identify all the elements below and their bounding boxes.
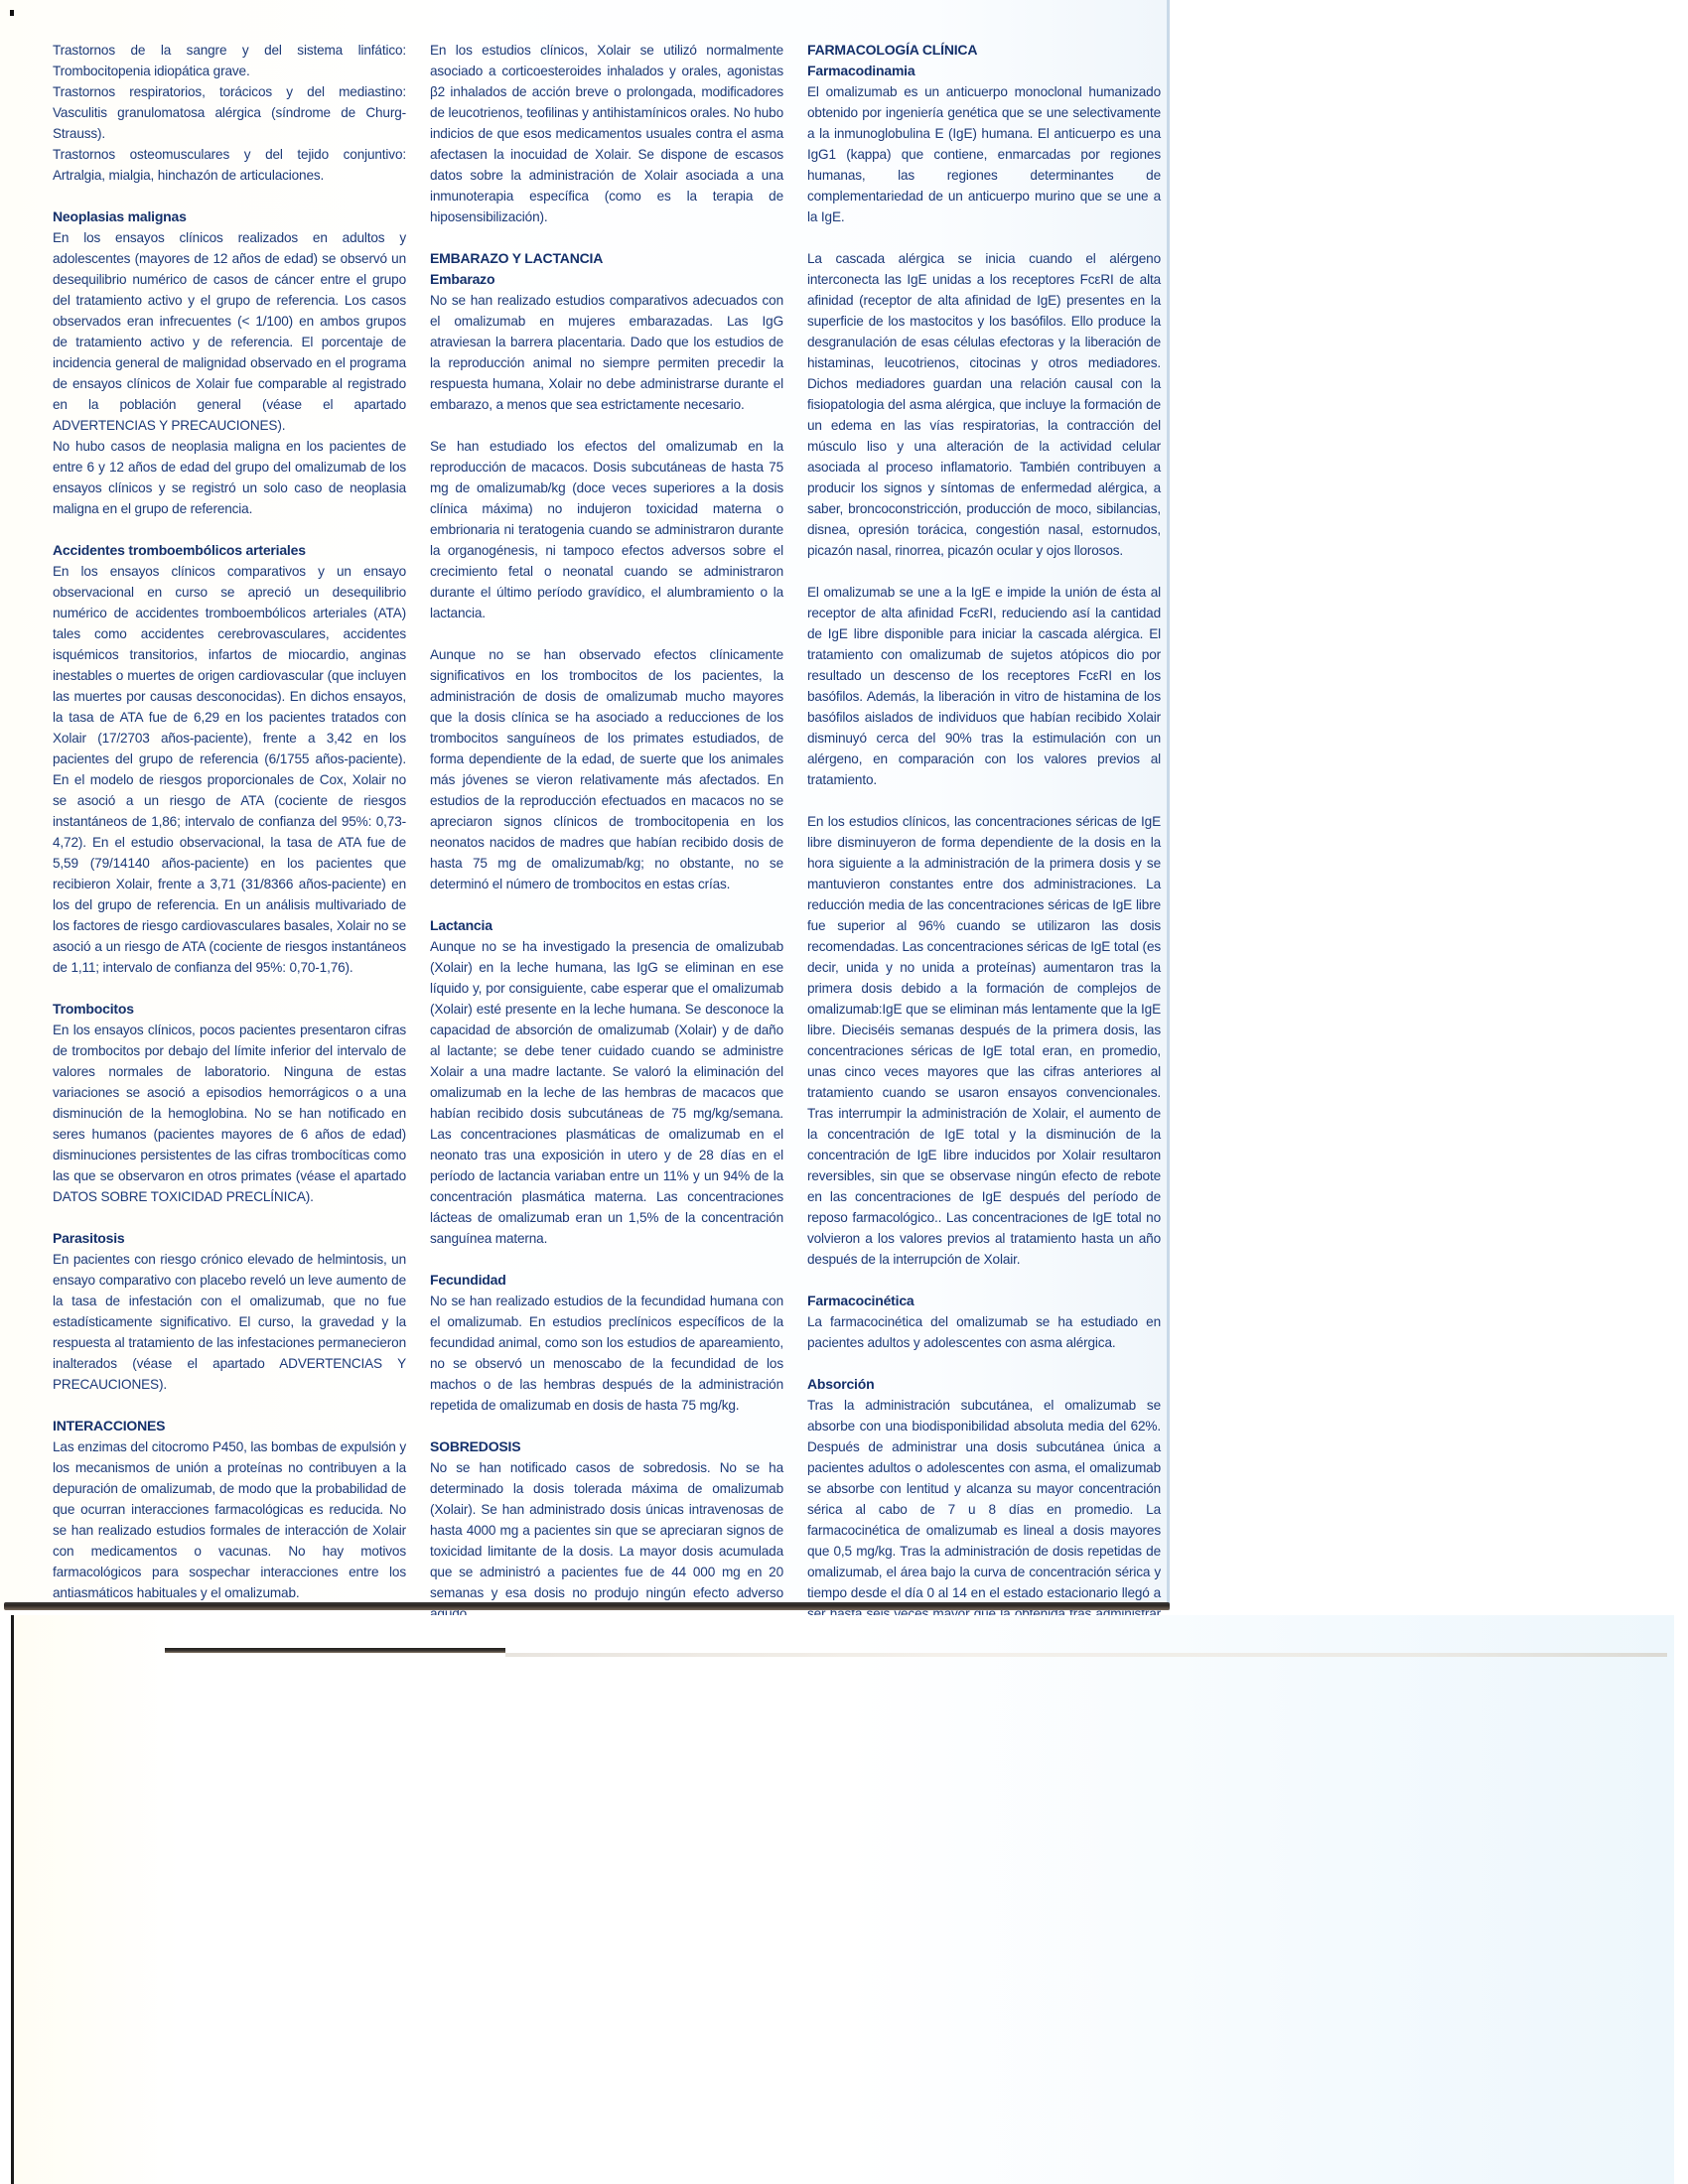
- body-paragraph: En los ensayos clínicos realizados en ad…: [53, 227, 406, 436]
- section-heading: FARMACOLOGÍA CLÍNICA: [807, 40, 1161, 61]
- text-column-3: FARMACOLOGÍA CLÍNICAFarmacodinamiaEl oma…: [807, 40, 1161, 1645]
- paragraph-spacer: [53, 978, 406, 999]
- subsection-heading: Parasitosis: [53, 1228, 406, 1249]
- subsection-heading: Trombocitos: [53, 999, 406, 1020]
- subsection-heading: Embarazo: [430, 269, 783, 290]
- body-paragraph: No se han realizado estudios de la fecun…: [430, 1291, 783, 1416]
- underlying-sheet-edge-dark: [165, 1648, 505, 1653]
- body-paragraph: No hubo casos de neoplasia maligna en lo…: [53, 436, 406, 519]
- body-paragraph: La cascada alérgica se inicia cuando el …: [807, 248, 1161, 561]
- paragraph-spacer: [807, 1270, 1161, 1291]
- body-paragraph: Trastornos osteomusculares y del tejido …: [53, 144, 406, 186]
- subsection-heading: Neoplasias malignas: [53, 206, 406, 227]
- body-paragraph: En los estudios clínicos, las concentrac…: [807, 811, 1161, 1270]
- paragraph-spacer: [807, 1353, 1161, 1374]
- section-heading: SOBREDOSIS: [430, 1436, 783, 1457]
- underlying-sheet-edge-light: [505, 1653, 1667, 1657]
- subsection-heading: Lactancia: [430, 915, 783, 936]
- body-paragraph: Aunque no se ha investigado la presencia…: [430, 936, 783, 1249]
- body-paragraph: No se han notificado casos de sobredosis…: [430, 1457, 783, 1624]
- body-paragraph: El omalizumab es un anticuerpo monoclona…: [807, 81, 1161, 227]
- paragraph-spacer: [430, 1249, 783, 1270]
- body-paragraph: Las enzimas del citocromo P450, las bomb…: [53, 1436, 406, 1603]
- text-column-1: Trastornos de la sangre y del sistema li…: [53, 40, 406, 1603]
- paragraph-spacer: [430, 1416, 783, 1436]
- paragraph-spacer: [807, 790, 1161, 811]
- body-paragraph: En los estudios clínicos, Xolair se util…: [430, 40, 783, 227]
- body-paragraph: Trastornos de la sangre y del sistema li…: [53, 40, 406, 81]
- body-paragraph: En pacientes con riesgo crónico elevado …: [53, 1249, 406, 1395]
- body-paragraph: Se han estudiado los efectos del omalizu…: [430, 436, 783, 623]
- paragraph-spacer: [430, 415, 783, 436]
- body-paragraph: El omalizumab se une a la IgE e impide l…: [807, 582, 1161, 790]
- paragraph-spacer: [53, 519, 406, 540]
- paragraph-spacer: [430, 894, 783, 915]
- text-column-2: En los estudios clínicos, Xolair se util…: [430, 40, 783, 1624]
- paragraph-spacer: [53, 1207, 406, 1228]
- subsection-heading: Farmacocinética: [807, 1291, 1161, 1311]
- underlying-blank-sheet: [11, 1615, 1674, 2184]
- paragraph-spacer: [53, 186, 406, 206]
- paragraph-spacer: [807, 227, 1161, 248]
- paragraph-spacer: [430, 227, 783, 248]
- body-paragraph: No se han realizado estudios comparativo…: [430, 290, 783, 415]
- scan-artifact-dot: [10, 10, 14, 16]
- page-bottom-edge-shadow: [4, 1602, 1170, 1610]
- section-heading: INTERACCIONES: [53, 1416, 406, 1436]
- subsection-heading: Fecundidad: [430, 1270, 783, 1291]
- section-heading: EMBARAZO Y LACTANCIA: [430, 248, 783, 269]
- scanned-page: Trastornos de la sangre y del sistema li…: [0, 0, 1170, 1610]
- body-paragraph: En los ensayos clínicos, pocos pacientes…: [53, 1020, 406, 1207]
- body-paragraph: En los ensayos clínicos comparativos y u…: [53, 561, 406, 978]
- body-paragraph: Aunque no se han observado efectos clíni…: [430, 644, 783, 894]
- body-paragraph: Trastornos respiratorios, torácicos y de…: [53, 81, 406, 144]
- paragraph-spacer: [53, 1395, 406, 1416]
- body-paragraph: La farmacocinética del omalizumab se ha …: [807, 1311, 1161, 1353]
- paragraph-spacer: [430, 623, 783, 644]
- subsection-heading: Accidentes tromboembólicos arteriales: [53, 540, 406, 561]
- paragraph-spacer: [807, 561, 1161, 582]
- subsection-heading: Absorción: [807, 1374, 1161, 1395]
- subsection-heading: Farmacodinamia: [807, 61, 1161, 81]
